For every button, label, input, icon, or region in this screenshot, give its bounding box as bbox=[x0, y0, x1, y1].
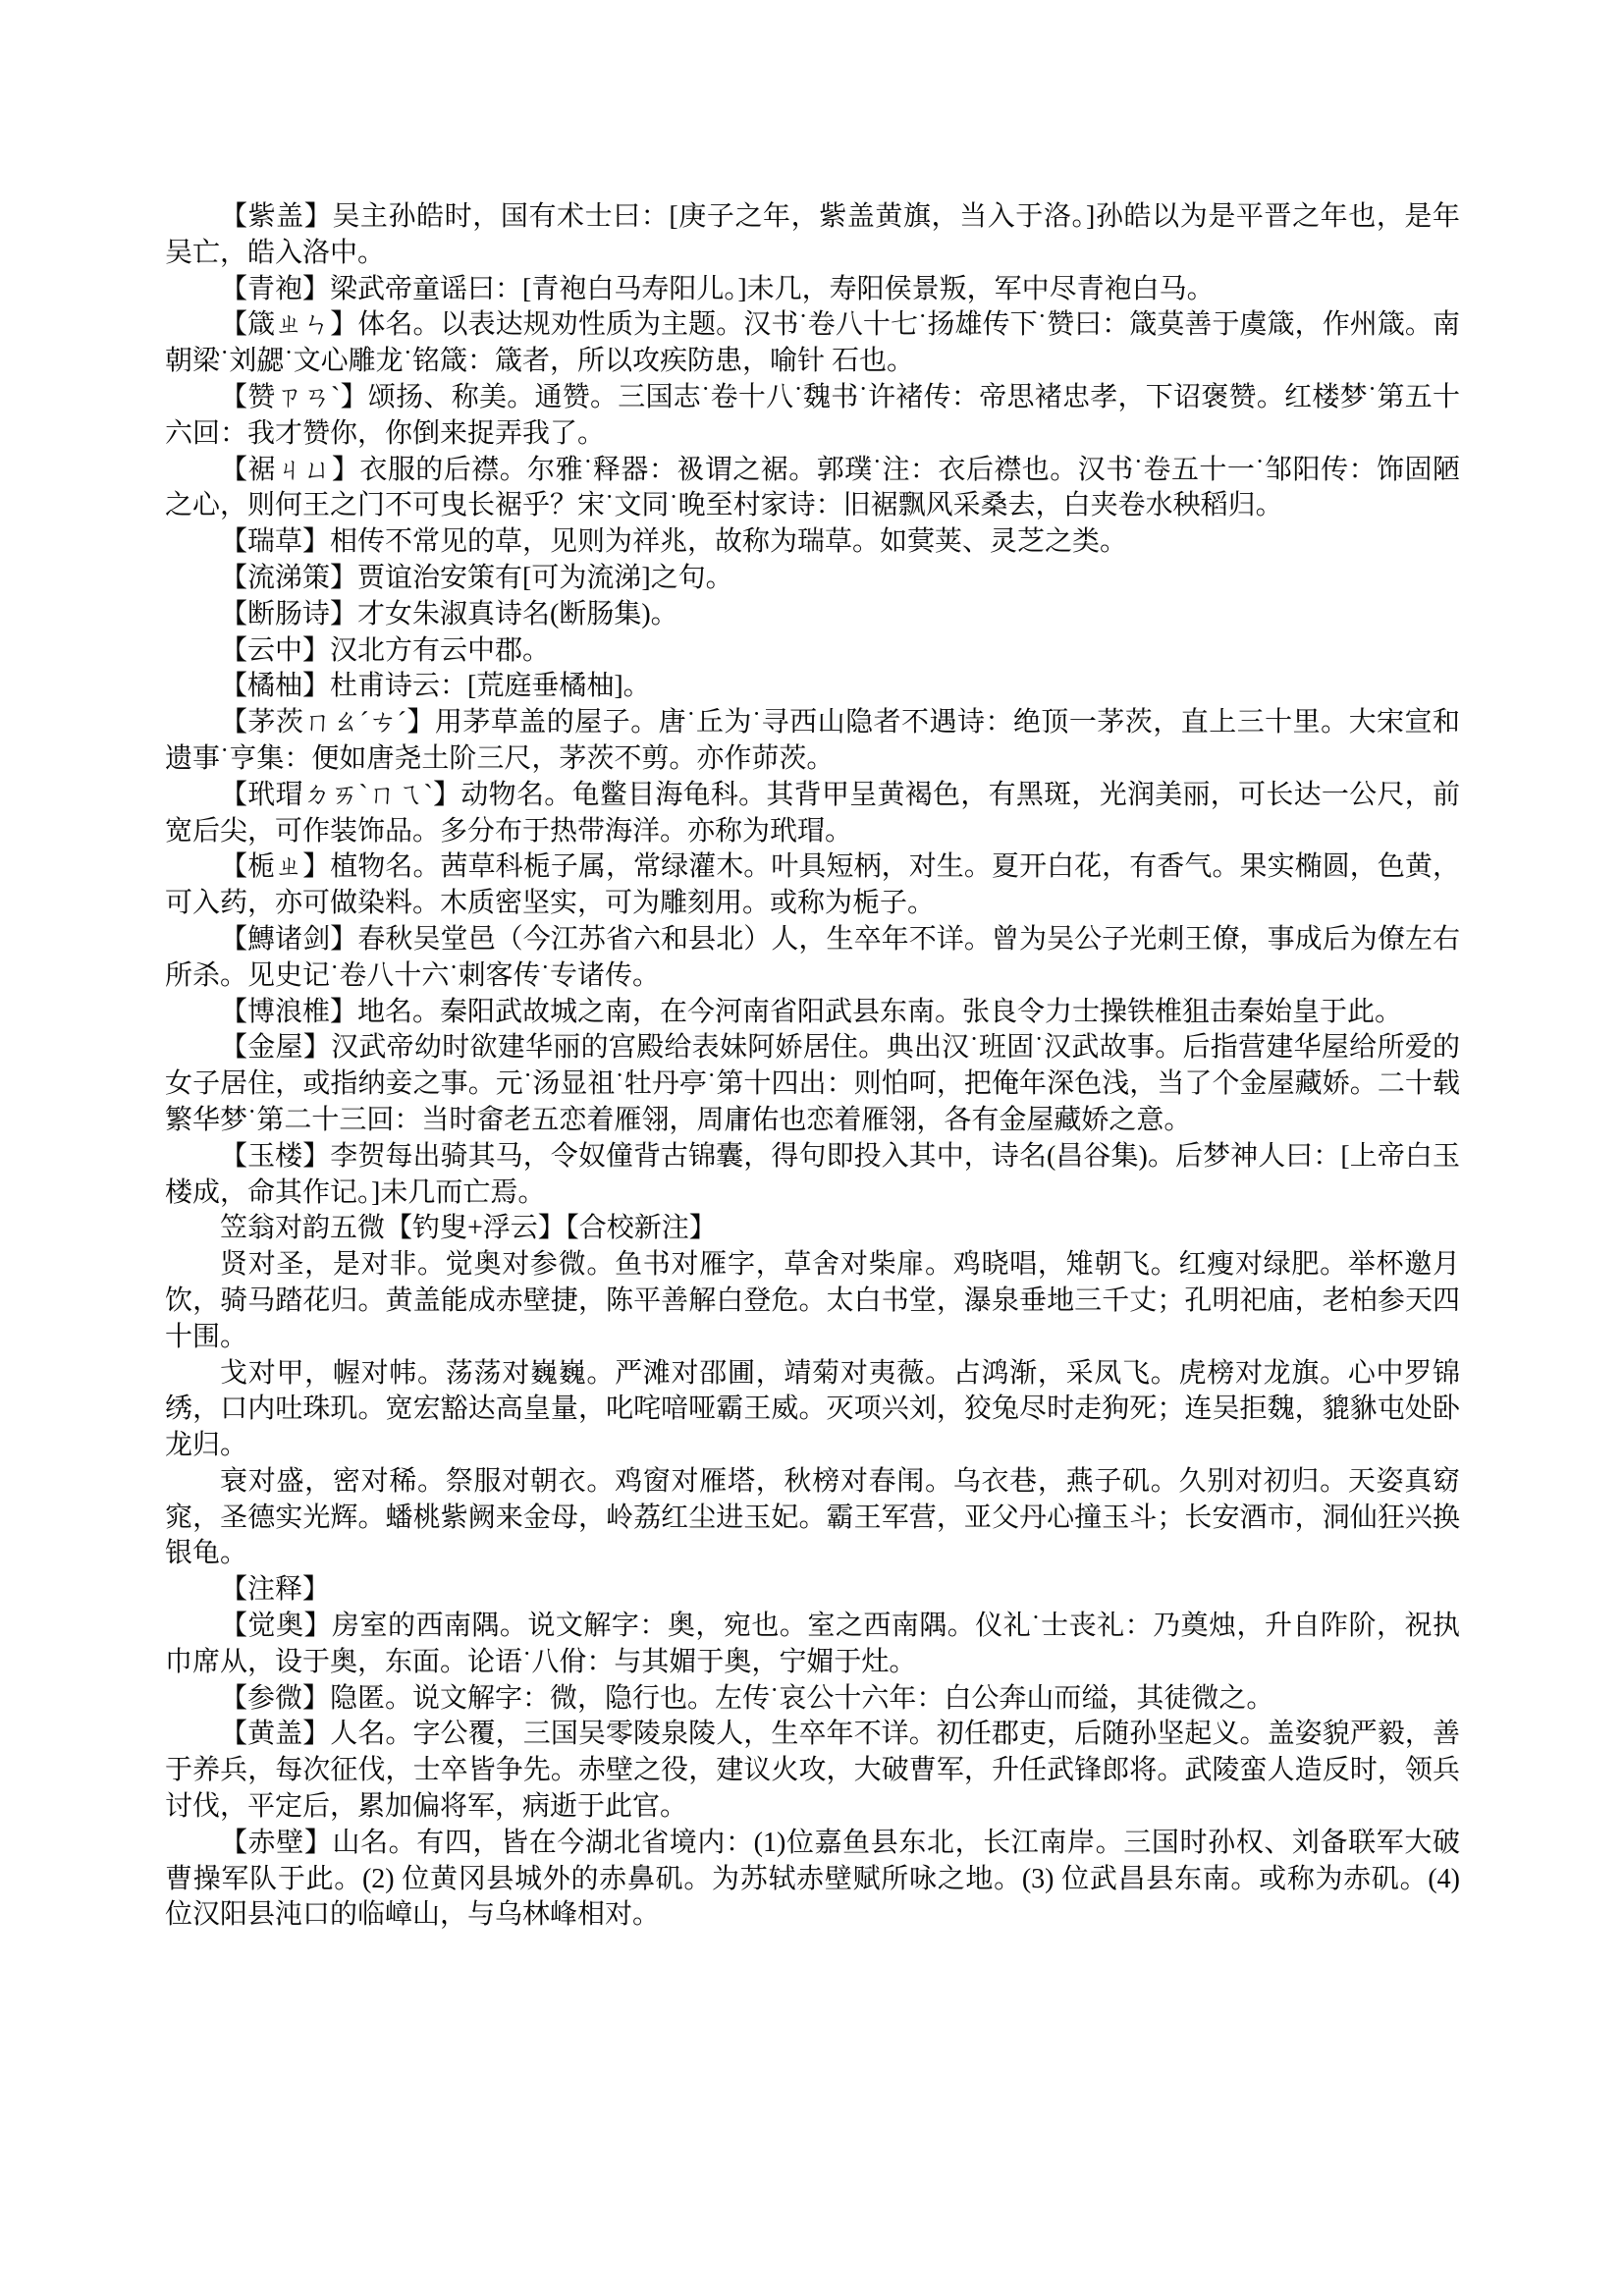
paragraph: 【流涕策】贾谊治安策有[可为流涕]之句。 bbox=[165, 561, 1460, 597]
paragraph: 【博浪椎】地名。秦阳武故城之南，在今河南省阳武县东南。张良令力士操铁椎狙击秦始皇… bbox=[165, 995, 1460, 1031]
paragraph: 【赞ㄗㄢˋ】颂扬、称美。通赞。三国志˙卷十八˙魏书˙许褚传：帝思褚忠孝，下诏褒赞… bbox=[165, 380, 1460, 453]
paragraph: 【橘柚】杜甫诗云：[荒庭垂橘柚]。 bbox=[165, 669, 1460, 705]
paragraph: 戈对甲，幄对帏。荡荡对巍巍。严滩对邵圃，靖菊对夷薇。占鸿渐，采凤飞。虎榜对龙旗。… bbox=[165, 1356, 1460, 1464]
paragraph: 【瑞草】相传不常见的草，见则为祥兆，故称为瑞草。如蓂荚、灵芝之类。 bbox=[165, 524, 1460, 561]
paragraph: 【栀ㄓ】植物名。茜草科栀子属，常绿灌木。叶具短柄，对生。夏开白花，有香气。果实椭… bbox=[165, 849, 1460, 922]
paragraph: 【黄盖】人名。字公覆，三国吴零陵泉陵人，生卒年不详。初任郡吏，后随孙坚起义。盖姿… bbox=[165, 1717, 1460, 1825]
paragraph: 【紫盖】吴主孙皓时，国有术士曰：[庚子之年，紫盖黄旗，当入于洛。]孙皓以为是平晋… bbox=[165, 199, 1460, 272]
paragraph: 【箴ㄓㄣ】体名。以表达规劝性质为主题。汉书˙卷八十七˙扬雄传下˙赞曰：箴莫善于虞… bbox=[165, 307, 1460, 380]
paragraph: 【参微】隐匿。说文解字：微，隐行也。左传˙哀公十六年：白公奔山而缢，其徒微之。 bbox=[165, 1681, 1460, 1718]
paragraph: 衰对盛，密对稀。祭服对朝衣。鸡窗对雁塔，秋榜对春闱。乌衣巷，燕子矶。久别对初归。… bbox=[165, 1464, 1460, 1572]
paragraph: 笠翁对韵五微【钓叟+浮云】【合校新注】 bbox=[165, 1211, 1460, 1247]
paragraph: 【玳瑁ㄉㄞˋㄇㄟˋ】动物名。龟鳖目海龟科。其背甲呈黄褐色，有黑斑，光润美丽，可长… bbox=[165, 778, 1460, 850]
paragraph: 【注释】 bbox=[165, 1572, 1460, 1609]
document-body: 【紫盖】吴主孙皓时，国有术士曰：[庚子之年，紫盖黄旗，当入于洛。]孙皓以为是平晋… bbox=[165, 199, 1460, 1934]
paragraph: 【赤壁】山名。有四，皆在今湖北省境内：(1)位嘉鱼县东北，长江南岸。三国时孙权、… bbox=[165, 1826, 1460, 1934]
paragraph: 【青袍】梁武帝童谣曰：[青袍白马寿阳儿。]未几，寿阳侯景叛，军中尽青袍白马。 bbox=[165, 272, 1460, 308]
paragraph: 【玉楼】李贺每出骑其马，令奴僮背古锦囊，得句即投入其中，诗名(昌谷集)。后梦神人… bbox=[165, 1139, 1460, 1212]
paragraph: 【断肠诗】才女朱淑真诗名(断肠集)。 bbox=[165, 597, 1460, 633]
paragraph: 【茅茨ㄇㄠˊㄘˊ】用茅草盖的屋子。唐˙丘为˙寻西山隐者不遇诗：绝顶一茅茨，直上三… bbox=[165, 705, 1460, 778]
paragraph: 【金屋】汉武帝幼时欲建华丽的宫殿给表妹阿娇居住。典出汉˙班固˙汉武故事。后指营建… bbox=[165, 1030, 1460, 1138]
paragraph: 【觉奥】房室的西南隅。说文解字：奥，宛也。室之西南隅。仪礼˙士丧礼：乃奠烛，升自… bbox=[165, 1609, 1460, 1681]
paragraph: 【裾ㄐㄩ】衣服的后襟。尔雅˙释器：衱谓之裾。郭璞˙注：衣后襟也。汉书˙卷五十一˙… bbox=[165, 453, 1460, 525]
paragraph: 【云中】汉北方有云中郡。 bbox=[165, 633, 1460, 670]
paragraph: 【鱄诸剑】春秋吴堂邑（今江苏省六和县北）人，生卒年不详。曾为吴公子光刺王僚，事成… bbox=[165, 922, 1460, 995]
document-page: 【紫盖】吴主孙皓时，国有术士曰：[庚子之年，紫盖黄旗，当入于洛。]孙皓以为是平晋… bbox=[0, 0, 1623, 2296]
paragraph: 贤对圣，是对非。觉奥对参微。鱼书对雁字，草舍对柴扉。鸡晓唱，雉朝飞。红瘦对绿肥。… bbox=[165, 1247, 1460, 1355]
